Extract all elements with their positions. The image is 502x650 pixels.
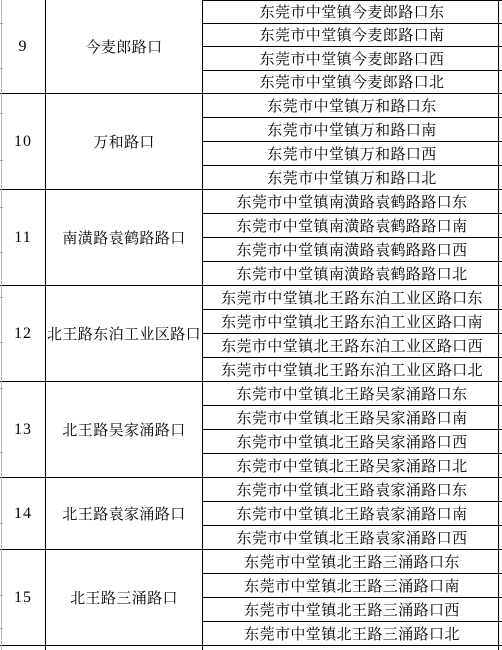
- table-row-group: 10 万和路口 东莞市中堂镇万和路口东东莞市中堂镇万和路口南东莞市中堂镇万和路口…: [0, 94, 502, 190]
- direction-entry-cell[interactable]: 东莞市中堂镇今麦郎路口南: [202, 24, 502, 48]
- column-border-number-name: [45, 0, 46, 650]
- table-row-group: 14 北王路袁家涌路口 东莞市中堂镇北王路袁家涌路口东东莞市中堂镇北王路袁家涌路…: [0, 478, 502, 550]
- direction-entry-list: 东莞市中堂镇南潢路袁鹤路路口东东莞市中堂镇南潢路袁鹤路路口南东莞市中堂镇南潢路袁…: [202, 190, 502, 285]
- table-body: 9 今麦郎路口 东莞市中堂镇今麦郎路口东东莞市中堂镇今麦郎路口南东莞市中堂镇今麦…: [0, 0, 502, 646]
- direction-entry-cell[interactable]: 东莞市中堂镇万和路口西: [202, 142, 502, 166]
- intersection-name-cell[interactable]: 北王路东泊工业区路口: [46, 286, 202, 381]
- gridline-stub: [0, 160, 3, 161]
- direction-entry-list: 东莞市中堂镇北王路东泊工业区路口东东莞市中堂镇北王路东泊工业区路口南东莞市中堂镇…: [202, 286, 502, 381]
- direction-entry-text: 东莞市中堂镇北王路三涌路口西: [244, 599, 460, 620]
- direction-entry-text: 东莞市中堂镇北王路三涌路口东: [244, 551, 460, 572]
- direction-entry-list: 东莞市中堂镇北王路三涌路口东东莞市中堂镇北王路三涌路口南东莞市中堂镇北王路三涌路…: [202, 550, 502, 645]
- direction-entry-text: 东莞市中堂镇北王路东泊工业区路口北: [221, 359, 483, 380]
- direction-entry-cell[interactable]: 东莞市中堂镇北王路三涌路口南: [202, 574, 502, 598]
- intersection-name-cell[interactable]: 北王路三涌路口: [46, 550, 202, 645]
- direction-entry-cell[interactable]: 东莞市中堂镇万和路口北: [202, 166, 502, 189]
- gridline-stub: [0, 23, 3, 24]
- row-number: 10: [14, 133, 32, 151]
- table-row-group: 13 北王路吴家涌路口 东莞市中堂镇北王路吴家涌路口东东莞市中堂镇北王路吴家涌路…: [0, 382, 502, 478]
- direction-entry-text: 东莞市中堂镇北王路吴家涌路口西: [236, 431, 467, 452]
- gridline-stub: [0, 523, 3, 524]
- direction-entry-text: 东莞市中堂镇北王路三涌路口北: [244, 623, 460, 644]
- direction-entry-text: 东莞市中堂镇北王路吴家涌路口东: [236, 383, 467, 404]
- left-gridline: [1, 0, 2, 650]
- direction-entry-cell[interactable]: 东莞市中堂镇南潢路袁鹤路路口东: [202, 190, 502, 214]
- direction-entry-text: 东莞市中堂镇北王路袁家涌路口西: [236, 527, 467, 548]
- gridline-stub: [0, 388, 3, 389]
- row-number-cell[interactable]: 13: [0, 382, 46, 477]
- direction-entry-cell[interactable]: 东莞市中堂镇北王路吴家涌路口南: [202, 406, 502, 430]
- direction-entry-cell[interactable]: 东莞市中堂镇北王路袁家涌路口东: [202, 478, 502, 502]
- intersection-name-cell[interactable]: 北王路吴家涌路口: [46, 382, 202, 477]
- direction-entry-text: 东莞市中堂镇今麦郎路口西: [260, 48, 445, 69]
- intersection-name-cell[interactable]: 南潢路袁鹤路路口: [46, 190, 202, 285]
- gridline-stub: [0, 68, 3, 69]
- intersection-name-cell[interactable]: 今麦郎路口: [46, 0, 202, 93]
- direction-entry-text: 东莞市中堂镇北王路三涌路口南: [244, 575, 460, 596]
- direction-entry-cell[interactable]: 东莞市中堂镇北王路东泊工业区路口北: [202, 358, 502, 381]
- gridline-stub: [0, 113, 3, 114]
- direction-entry-cell[interactable]: 东莞市中堂镇南潢路袁鹤路路口北: [202, 262, 502, 285]
- direction-entry-cell[interactable]: 东莞市中堂镇北王路袁家涌路口南: [202, 502, 502, 526]
- table-row-group: 15 北王路三涌路口 东莞市中堂镇北王路三涌路口东东莞市中堂镇北王路三涌路口南东…: [0, 550, 502, 646]
- direction-entry-text: 东莞市中堂镇南潢路袁鹤路路口西: [236, 239, 467, 260]
- row-number: 14: [14, 505, 32, 523]
- gridline-stub: [0, 452, 3, 453]
- direction-entry-text: 东莞市中堂镇万和路口西: [267, 143, 436, 164]
- row-number: 11: [14, 229, 31, 247]
- direction-entry-text: 东莞市中堂镇北王路袁家涌路口南: [236, 503, 467, 524]
- direction-entry-cell[interactable]: 东莞市中堂镇北王路东泊工业区路口南: [202, 310, 502, 334]
- direction-entry-text: 东莞市中堂镇北王路东泊工业区路口西: [221, 335, 483, 356]
- row-number: 15: [14, 589, 32, 607]
- gridline-stub: [0, 207, 3, 208]
- direction-entry-text: 东莞市中堂镇万和路口北: [267, 167, 436, 188]
- direction-entry-cell[interactable]: 东莞市中堂镇北王路吴家涌路口北: [202, 454, 502, 477]
- direction-entry-cell[interactable]: 东莞市中堂镇北王路三涌路口西: [202, 598, 502, 622]
- direction-entry-cell[interactable]: 东莞市中堂镇北王路三涌路口北: [202, 622, 502, 645]
- row-number-cell[interactable]: 15: [0, 550, 46, 645]
- row-number-cell[interactable]: 10: [0, 94, 46, 189]
- row-number-cell[interactable]: 14: [0, 478, 46, 549]
- column-border-name-detail: [202, 0, 203, 650]
- table-row-group: 12 北王路东泊工业区路口 东莞市中堂镇北王路东泊工业区路口东东莞市中堂镇北王路…: [0, 286, 502, 382]
- direction-entry-list: 东莞市中堂镇北王路袁家涌路口东东莞市中堂镇北王路袁家涌路口南东莞市中堂镇北王路袁…: [202, 478, 502, 549]
- row-number-cell[interactable]: 9: [0, 0, 46, 93]
- direction-entry-cell[interactable]: 东莞市中堂镇南潢路袁鹤路路口南: [202, 214, 502, 238]
- intersection-name-cell[interactable]: 万和路口: [46, 94, 202, 189]
- direction-entry-cell[interactable]: 东莞市中堂镇北王路吴家涌路口东: [202, 382, 502, 406]
- intersection-name: 北王路袁家涌路口: [62, 503, 185, 524]
- gridline-stub: [0, 595, 3, 596]
- row-number-cell[interactable]: 12: [0, 286, 46, 381]
- direction-entry-list: 东莞市中堂镇今麦郎路口东东莞市中堂镇今麦郎路口南东莞市中堂镇今麦郎路口西东莞市中…: [202, 0, 502, 93]
- direction-entry-cell[interactable]: 东莞市中堂镇万和路口东: [202, 94, 502, 118]
- direction-entry-cell[interactable]: 东莞市中堂镇北王路吴家涌路口西: [202, 430, 502, 454]
- direction-entry-cell[interactable]: 东莞市中堂镇今麦郎路口东: [202, 0, 502, 24]
- row-number-cell[interactable]: 11: [0, 190, 46, 285]
- intersection-table: 9 今麦郎路口 东莞市中堂镇今麦郎路口东东莞市中堂镇今麦郎路口南东莞市中堂镇今麦…: [0, 0, 502, 650]
- direction-entry-text: 东莞市中堂镇今麦郎路口南: [260, 24, 445, 45]
- table-row-group: 11 南潢路袁鹤路路口 东莞市中堂镇南潢路袁鹤路路口东东莞市中堂镇南潢路袁鹤路路…: [0, 190, 502, 286]
- direction-entry-cell[interactable]: 东莞市中堂镇今麦郎路口北: [202, 71, 502, 94]
- direction-entry-list: 东莞市中堂镇北王路吴家涌路口东东莞市中堂镇北王路吴家涌路口南东莞市中堂镇北王路吴…: [202, 382, 502, 477]
- row-number: 12: [14, 325, 32, 343]
- direction-entry-cell[interactable]: 东莞市中堂镇今麦郎路口西: [202, 47, 502, 71]
- direction-entry-list: 东莞市中堂镇万和路口东东莞市中堂镇万和路口南东莞市中堂镇万和路口西东莞市中堂镇万…: [202, 94, 502, 189]
- direction-entry-text: 东莞市中堂镇北王路吴家涌路口北: [236, 455, 467, 476]
- intersection-name: 南潢路袁鹤路路口: [62, 227, 185, 248]
- direction-entry-text: 东莞市中堂镇北王路吴家涌路口南: [236, 407, 467, 428]
- direction-entry-text: 东莞市中堂镇南潢路袁鹤路路口北: [236, 263, 467, 284]
- direction-entry-text: 东莞市中堂镇万和路口东: [267, 95, 436, 116]
- direction-entry-text: 东莞市中堂镇南潢路袁鹤路路口南: [236, 215, 467, 236]
- column-border-detail-right: [498, 0, 499, 650]
- direction-entry-text: 东莞市中堂镇北王路东泊工业区路口南: [221, 311, 483, 332]
- direction-entry-text: 东莞市中堂镇万和路口南: [267, 119, 436, 140]
- direction-entry-cell[interactable]: 东莞市中堂镇北王路东泊工业区路口东: [202, 286, 502, 310]
- direction-entry-text: 东莞市中堂镇南潢路袁鹤路路口东: [236, 191, 467, 212]
- direction-entry-cell[interactable]: 东莞市中堂镇北王路东泊工业区路口西: [202, 334, 502, 358]
- direction-entry-text: 东莞市中堂镇今麦郎路口北: [260, 71, 445, 92]
- direction-entry-text: 东莞市中堂镇北王路东泊工业区路口东: [221, 287, 483, 308]
- gridline-stub: [0, 342, 3, 343]
- intersection-name: 万和路口: [93, 131, 155, 152]
- row-number: 13: [14, 421, 32, 439]
- table-top-border: [202, 0, 502, 1]
- direction-entry-cell[interactable]: 东莞市中堂镇万和路口南: [202, 118, 502, 142]
- intersection-name-cell[interactable]: 北王路袁家涌路口: [46, 478, 202, 549]
- direction-entry-cell[interactable]: 东莞市中堂镇北王路袁家涌路口西: [202, 526, 502, 549]
- intersection-name: 北王路东泊工业区路口: [47, 323, 201, 344]
- intersection-name: 北王路三涌路口: [70, 587, 178, 608]
- intersection-name: 今麦郎路口: [85, 36, 162, 57]
- gridline-stub: [0, 297, 3, 298]
- direction-entry-text: 东莞市中堂镇今麦郎路口东: [260, 1, 445, 22]
- direction-entry-cell[interactable]: 东莞市中堂镇北王路三涌路口东: [202, 550, 502, 574]
- table-row-group: 9 今麦郎路口 东莞市中堂镇今麦郎路口东东莞市中堂镇今麦郎路口南东莞市中堂镇今麦…: [0, 0, 502, 94]
- gridline-stub: [0, 628, 3, 629]
- direction-entry-text: 东莞市中堂镇北王路袁家涌路口东: [236, 479, 467, 500]
- row-number: 9: [19, 38, 28, 56]
- intersection-name: 北王路吴家涌路口: [62, 419, 185, 440]
- gridline-stub: [0, 252, 3, 253]
- direction-entry-cell[interactable]: 东莞市中堂镇南潢路袁鹤路路口西: [202, 238, 502, 262]
